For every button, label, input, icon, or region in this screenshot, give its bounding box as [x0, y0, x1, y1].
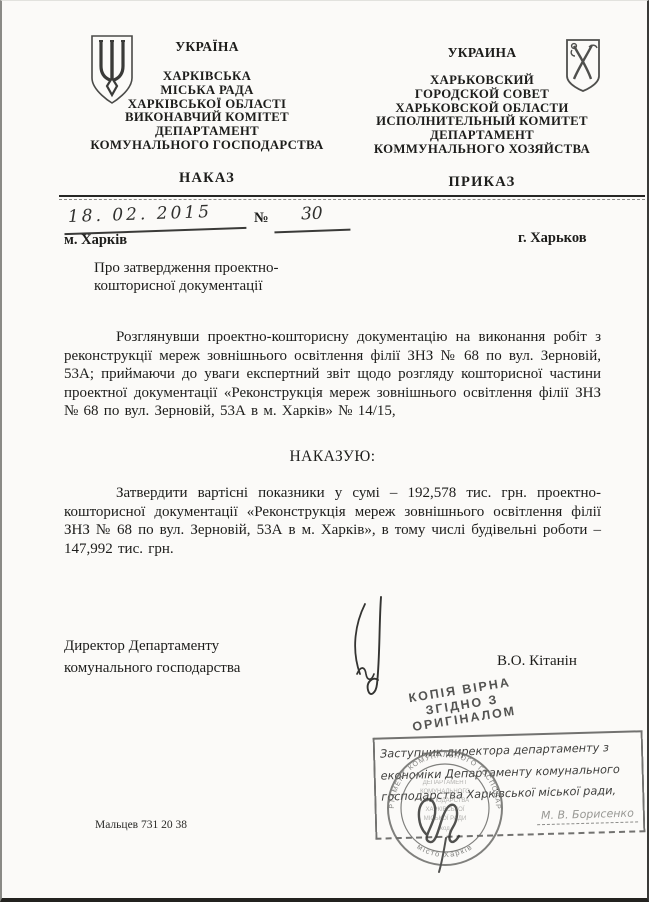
org-line: ХАРЬКОВСКИЙ — [358, 74, 606, 88]
seal-inner-line: КОМУНАЛЬНОГО — [420, 789, 470, 795]
scanned-order-document: УКРАЇНА ХАРКІВСЬКА МІСЬКА РАДА ХАРКІВСЬК… — [0, 0, 649, 902]
signer-title-line: комунального господарства — [64, 657, 240, 679]
country-name-ru: УКРАИНА — [358, 45, 606, 61]
signer-title: Директор Департаменту комунального госпо… — [64, 635, 240, 679]
director-signature-icon — [345, 594, 403, 704]
city-kharkiv-ua: м. Харків — [64, 232, 127, 249]
doc-type-nakaz: НАКАЗ — [57, 170, 357, 187]
order-heading: НАКАЗУЮ: — [64, 448, 601, 466]
handwritten-date: 18. 02. 2015 — [64, 201, 247, 235]
org-line: ХАРЬКОВСКОЙ ОБЛАСТИ — [358, 102, 606, 116]
body-paragraph-1: Розглянувши проектно-кошторисну документ… — [64, 328, 601, 421]
org-line: ГОРОДСКОЙ СОВЕТ — [358, 88, 606, 102]
signer-title-line: Директор Департаменту — [64, 635, 240, 657]
header-russian: УКРАИНА ХАРЬКОВСКИЙ ГОРОДСКОЙ СОВЕТ ХАРЬ… — [358, 45, 606, 191]
round-seal: ДЕПАРТАМЕНТ КОМУНАЛЬНОГО ГОСПОДАРСТВА мі… — [378, 746, 512, 886]
seal-inner-line: код — [440, 826, 450, 832]
org-line: ДЕПАРТАМЕНТ — [358, 129, 606, 143]
deputy-name: М. В. Борисенко — [537, 806, 638, 825]
org-line: ХАРКІВСЬКА — [57, 70, 357, 84]
body-paragraph-2: Затвердити вартісні показники у сумі – 1… — [64, 484, 601, 558]
signer-name: В.О. Кітанін — [497, 653, 577, 670]
org-line: ИСПОЛНИТЕЛЬНЫЙ КОМИТЕТ — [358, 115, 606, 129]
org-line: КОММУНАЛЬНОГО ХОЗЯЙСТВА — [358, 143, 606, 157]
org-line: ДЕПАРТАМЕНТ — [57, 125, 357, 139]
subject-line: кошторисної документації — [94, 277, 278, 295]
copy-true-stamp: КОПІЯ ВІРНА ЗГІДНО З ОРИГІНАЛОМ — [380, 671, 545, 739]
country-name-ua: УКРАЇНА — [57, 39, 357, 55]
city-kharkov-ru: г. Харьков — [518, 230, 587, 247]
number-sign: № — [254, 210, 269, 227]
doc-type-prikaz: ПРИКАЗ — [358, 174, 606, 191]
org-line: КОМУНАЛЬНОГО ГОСПОДАРСТВА — [57, 139, 357, 153]
org-line: ХАРКІВСЬКОЇ ОБЛАСТІ — [57, 98, 357, 112]
executor-contact: Мальцев 731 20 38 — [95, 819, 187, 831]
handwritten-number: 30 — [274, 203, 351, 234]
org-line: МІСЬКА РАДА — [57, 84, 357, 98]
header-divider-rule — [59, 195, 645, 200]
subject-block: Про затвердження проектно- кошторисної д… — [94, 259, 278, 295]
seal-inner-line: МІСЬКОЇ РАДИ — [424, 815, 467, 822]
org-line: ВИКОНАВЧИЙ КОМІТЕТ — [57, 111, 357, 125]
header-ukrainian: УКРАЇНА ХАРКІВСЬКА МІСЬКА РАДА ХАРКІВСЬК… — [57, 39, 357, 187]
seal-inner-line: ДЕПАРТАМЕНТ — [423, 780, 468, 786]
subject-line: Про затвердження проектно- — [94, 259, 278, 277]
